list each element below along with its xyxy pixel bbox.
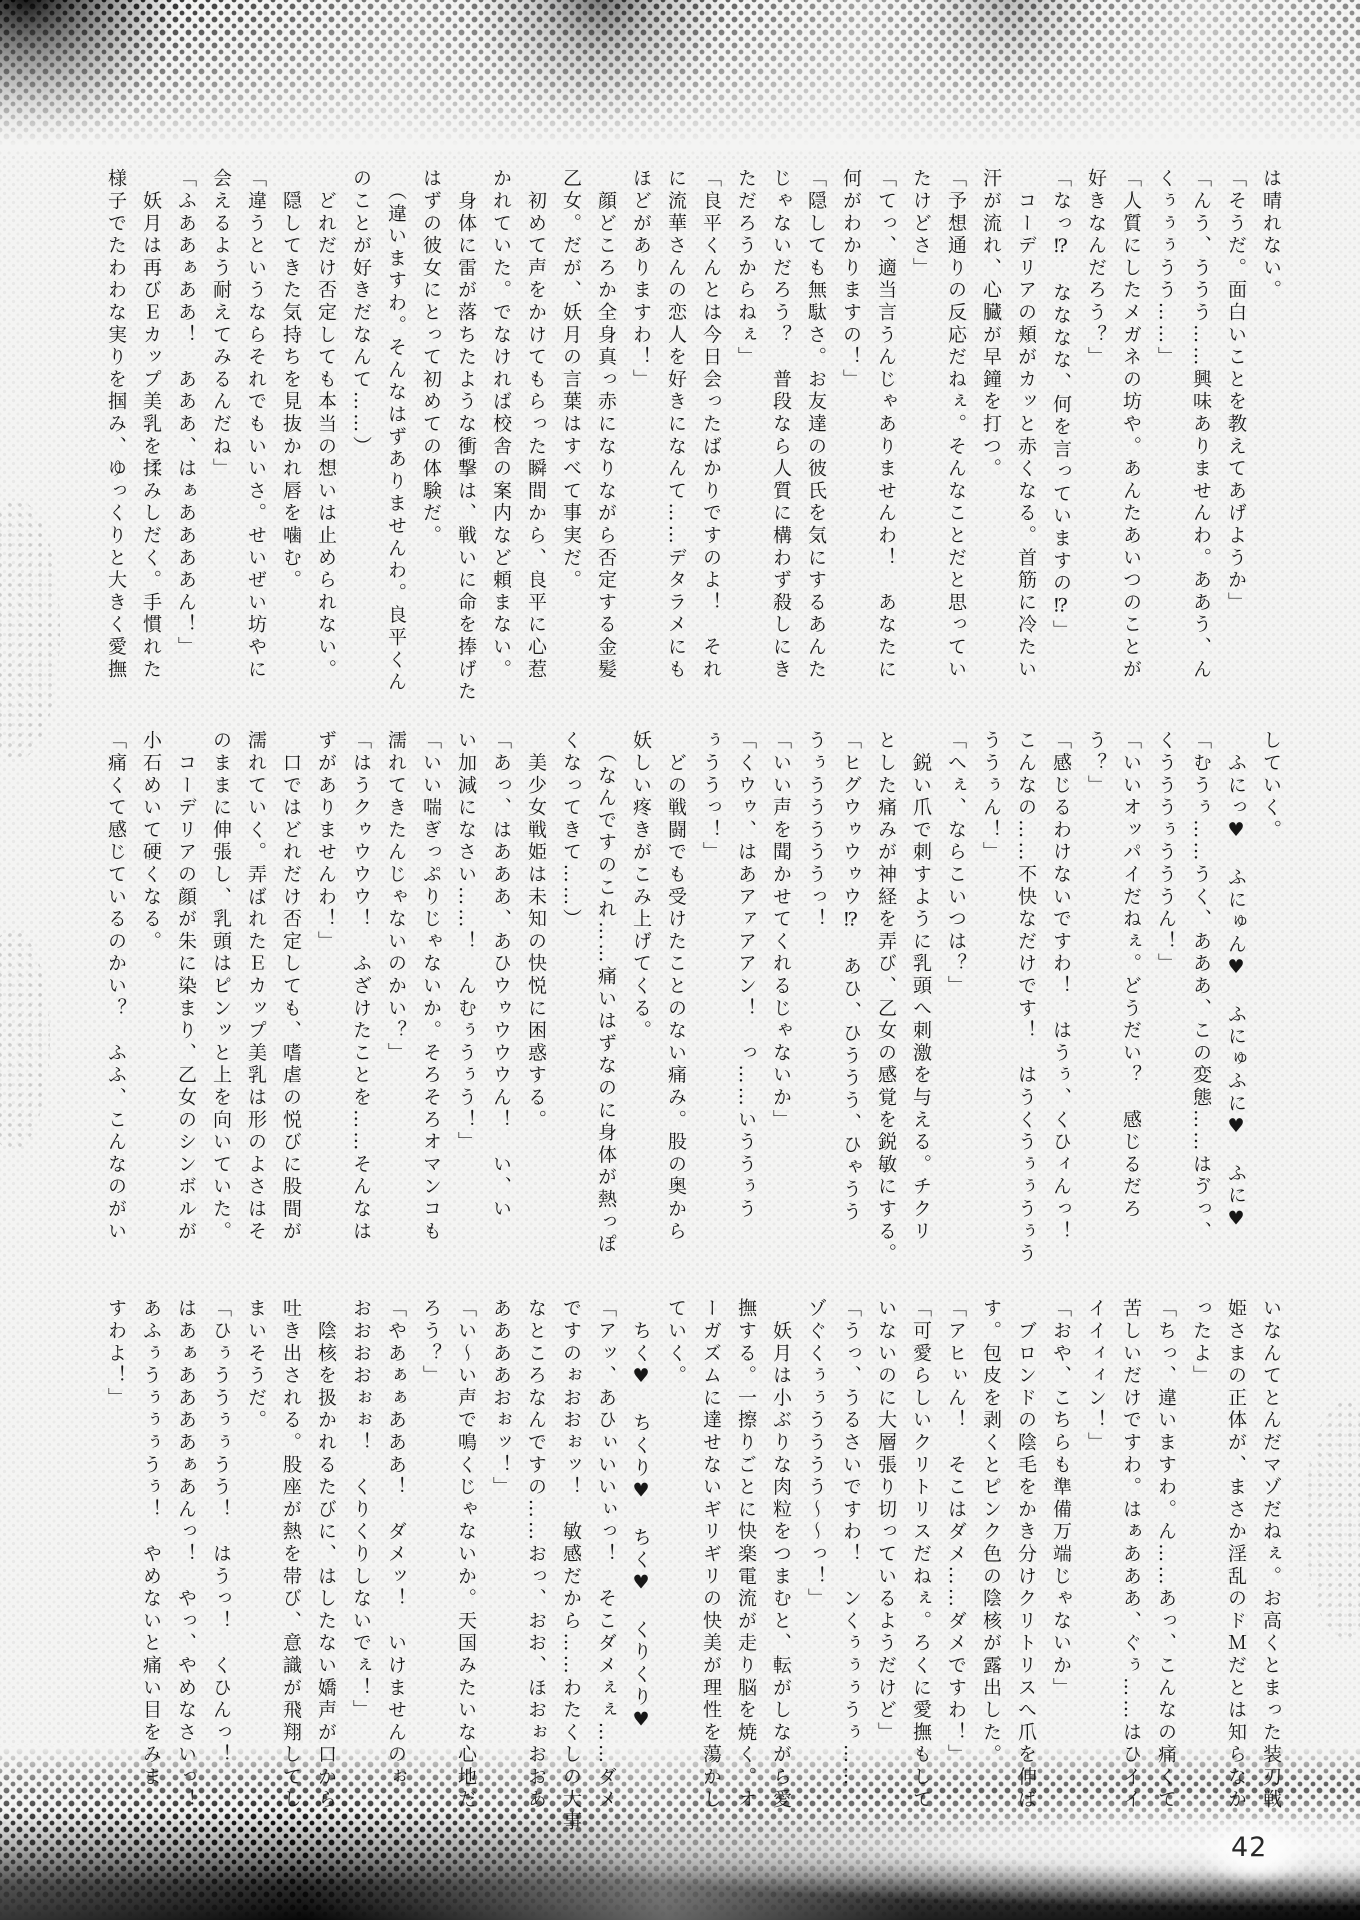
top-halftone-texture <box>0 0 1360 150</box>
page-number: 42 <box>1231 1832 1267 1863</box>
vertical-text-tier-1: は晴れない。 「そうだ。面白いことを教えてあげようか」 「んう、ううう……興味あ… <box>98 168 1288 710</box>
vertical-text-tier-2: していく。 ふにっ♥ ふにゅん♥ ふにゅふに♥ ふに♥ 「むうぅ……うく、あああ… <box>98 730 1288 1272</box>
vertical-text-tier-3: いなんてとんだマゾだねぇ。お高くとまった装刃戦 姫さまの正体が、まさか淫乱のドＭ… <box>98 1298 1288 1840</box>
right-edge-halftone-blob <box>1305 1400 1360 1640</box>
scanned-novel-page: { "page": { "number": "42", "tiers": [ {… <box>0 0 1360 1920</box>
left-edge-halftone-blob <box>0 500 60 760</box>
left-edge-halftone-blob <box>0 930 50 1150</box>
